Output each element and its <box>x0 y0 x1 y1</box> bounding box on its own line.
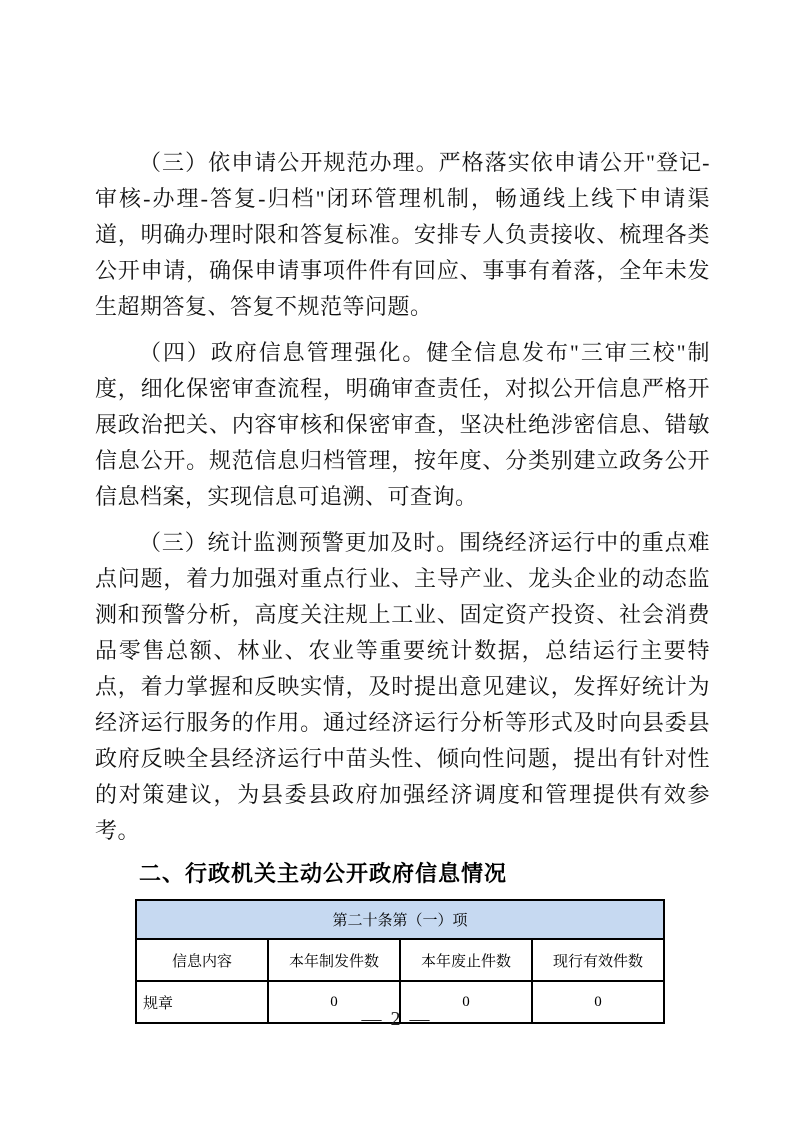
info-disclosure-table: 第二十条第（一）项 信息内容 本年制发件数 本年废止件数 现行有效件数 规章 0… <box>135 899 665 1024</box>
table-header-row: 信息内容 本年制发件数 本年废止件数 现行有效件数 <box>136 939 664 981</box>
table-column-header: 信息内容 <box>136 939 268 981</box>
document-body: （三）依申请公开规范办理。严格落实依申请公开"登记-审核-办理-答复-归档"闭环… <box>95 145 710 1024</box>
table-column-header: 本年制发件数 <box>268 939 400 981</box>
table-column-header: 现行有效件数 <box>532 939 664 981</box>
table-title-cell: 第二十条第（一）项 <box>136 900 664 939</box>
table-title-row: 第二十条第（一）项 <box>136 900 664 939</box>
body-paragraph-1: （三）依申请公开规范办理。严格落实依申请公开"登记-审核-办理-答复-归档"闭环… <box>95 145 710 325</box>
page-number: — 2 — <box>0 1008 793 1031</box>
section-heading: 二、行政机关主动公开政府信息情况 <box>95 859 710 889</box>
body-paragraph-3: （三）统计监测预警更加及时。围绕经济运行中的重点难点问题，着力加强对重点行业、主… <box>95 525 710 849</box>
document-page: （三）依申请公开规范办理。严格落实依申请公开"登记-审核-办理-答复-归档"闭环… <box>0 0 793 1122</box>
body-paragraph-2: （四）政府信息管理强化。健全信息发布"三审三校"制度，细化保密审查流程，明确审查… <box>95 335 710 515</box>
table-column-header: 本年废止件数 <box>400 939 532 981</box>
